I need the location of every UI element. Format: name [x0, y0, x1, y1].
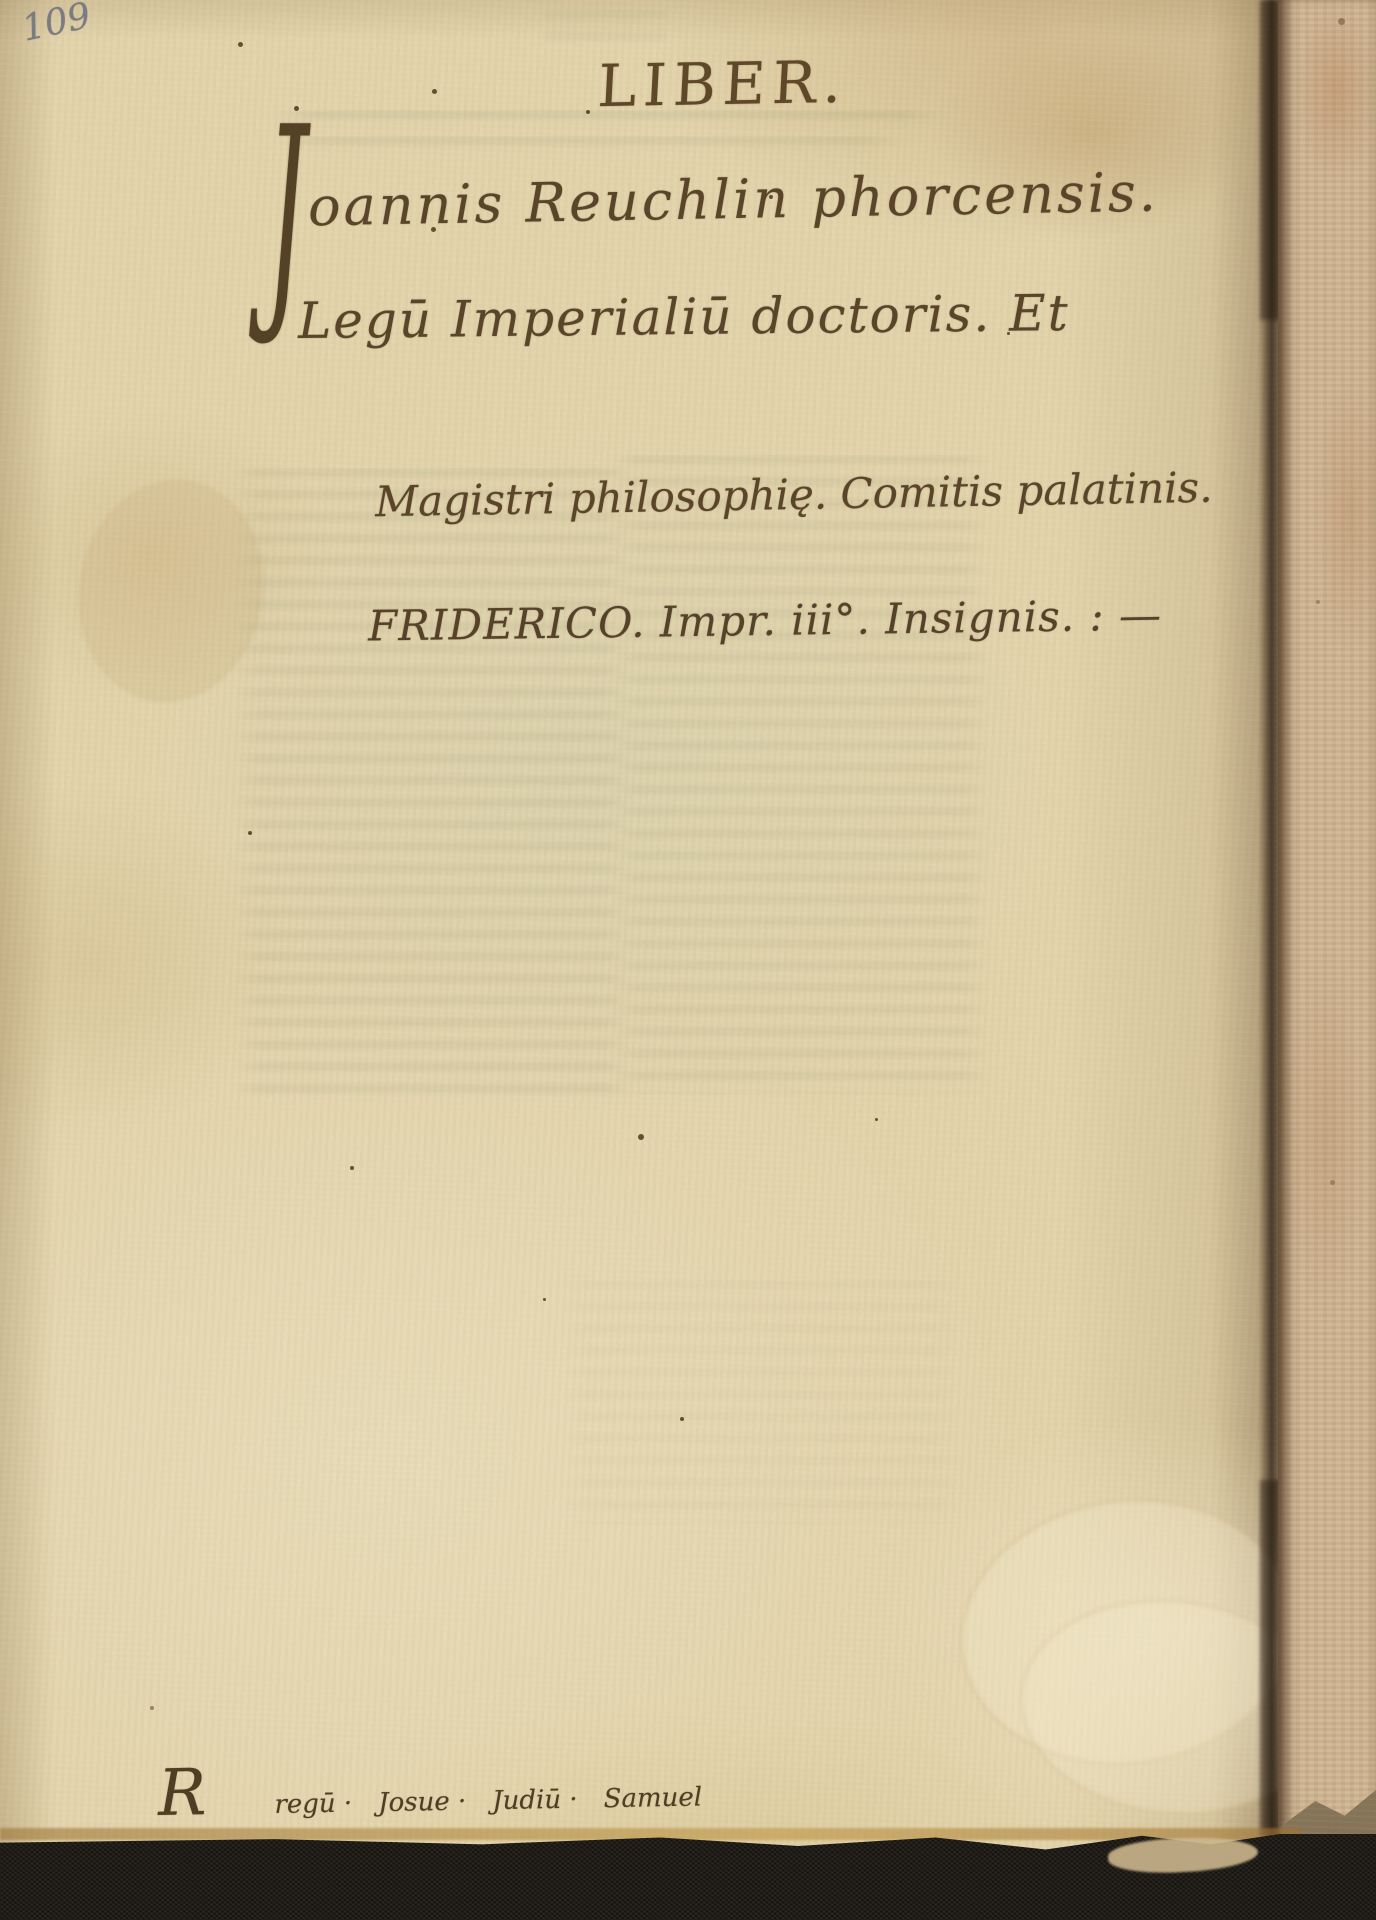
fore-edge-speck [1338, 18, 1345, 25]
footer-initial-r: R [157, 1756, 206, 1831]
foxing-spot [543, 1298, 546, 1301]
footer-word: Judiū · [492, 1785, 578, 1816]
inscription-line-2: Legū Imperialiū doctoris. Et [298, 284, 1070, 350]
foxing-spot [638, 1134, 644, 1140]
verso-show-through-left-column [232, 468, 632, 1096]
page-edge-seam-shadow [1260, 0, 1280, 320]
manuscript-scan: 109 LIBER. J oannis Reuchlin phorcensis.… [0, 0, 1376, 1920]
verso-show-through-top-smudge [540, 10, 670, 44]
fore-edge-speck [1330, 1180, 1335, 1185]
verso-show-through-right-column [612, 455, 990, 1095]
foxing-spot [432, 89, 437, 94]
foxing-spot [248, 831, 252, 835]
footer-word: regū · [274, 1789, 352, 1820]
foxing-spot [875, 1118, 878, 1121]
foxing-spot [238, 42, 243, 47]
page-title: LIBER. [596, 48, 850, 120]
footer-annotation: R regū · Josue · Judiū · Samuel [157, 1747, 728, 1831]
foxing-spot [350, 1166, 354, 1170]
foxing-spot [680, 1417, 684, 1421]
verso-show-through-lower [560, 1280, 960, 1525]
footer-word: Josue · [378, 1787, 467, 1819]
foxing-spot [150, 1706, 154, 1710]
book-fore-edge [1278, 0, 1376, 1834]
foxing-spot [586, 110, 590, 114]
fore-edge-speck [1316, 600, 1320, 604]
page-edge-seam-shadow [1260, 1480, 1280, 1836]
footer-word: Samuel [603, 1782, 702, 1814]
verso-show-through-heading [276, 136, 906, 154]
